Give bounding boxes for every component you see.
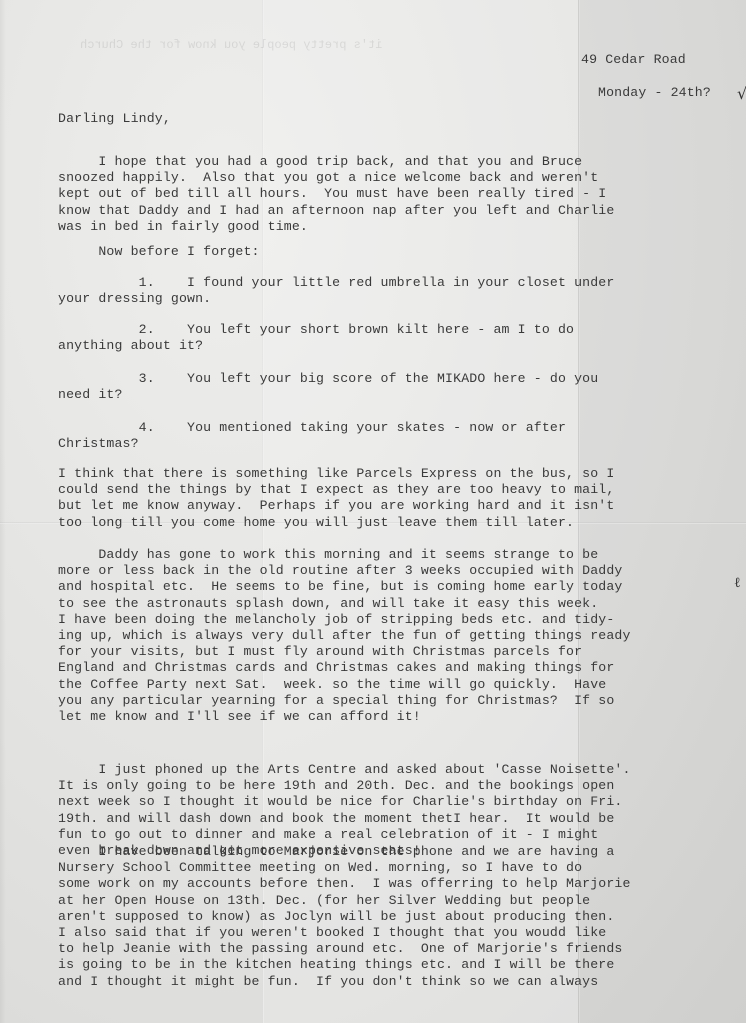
- bleed-through-text: it's pretty people you know for the Chur…: [80, 38, 382, 52]
- check-mark-icon: √: [737, 84, 746, 103]
- paragraph: 3. You left your big score of the MIKADO…: [58, 371, 598, 403]
- sender-address: 49 Cedar Road: [581, 52, 686, 68]
- paragraph: 2. You left your short brown kilt here -…: [58, 322, 574, 354]
- paragraph: I hope that you had a good trip back, an…: [58, 154, 614, 235]
- paragraph: I think that there is something like Par…: [58, 466, 614, 531]
- paragraph: Now before I forget:: [58, 244, 260, 260]
- paragraph: I have been talking to Marjorie on the p…: [58, 844, 631, 990]
- paragraph: 4. You mentioned taking your skates - no…: [58, 420, 566, 452]
- paragraph: 1. I found your little red umbrella in y…: [58, 275, 614, 307]
- handwritten-margin-mark: ℓ: [734, 575, 741, 592]
- paragraph: Daddy has gone to work this morning and …: [58, 547, 631, 725]
- letter-date: Monday - 24th?: [598, 85, 711, 101]
- salutation: Darling Lindy,: [58, 111, 171, 127]
- letter-page: it's pretty people you know for the Chur…: [0, 0, 746, 1023]
